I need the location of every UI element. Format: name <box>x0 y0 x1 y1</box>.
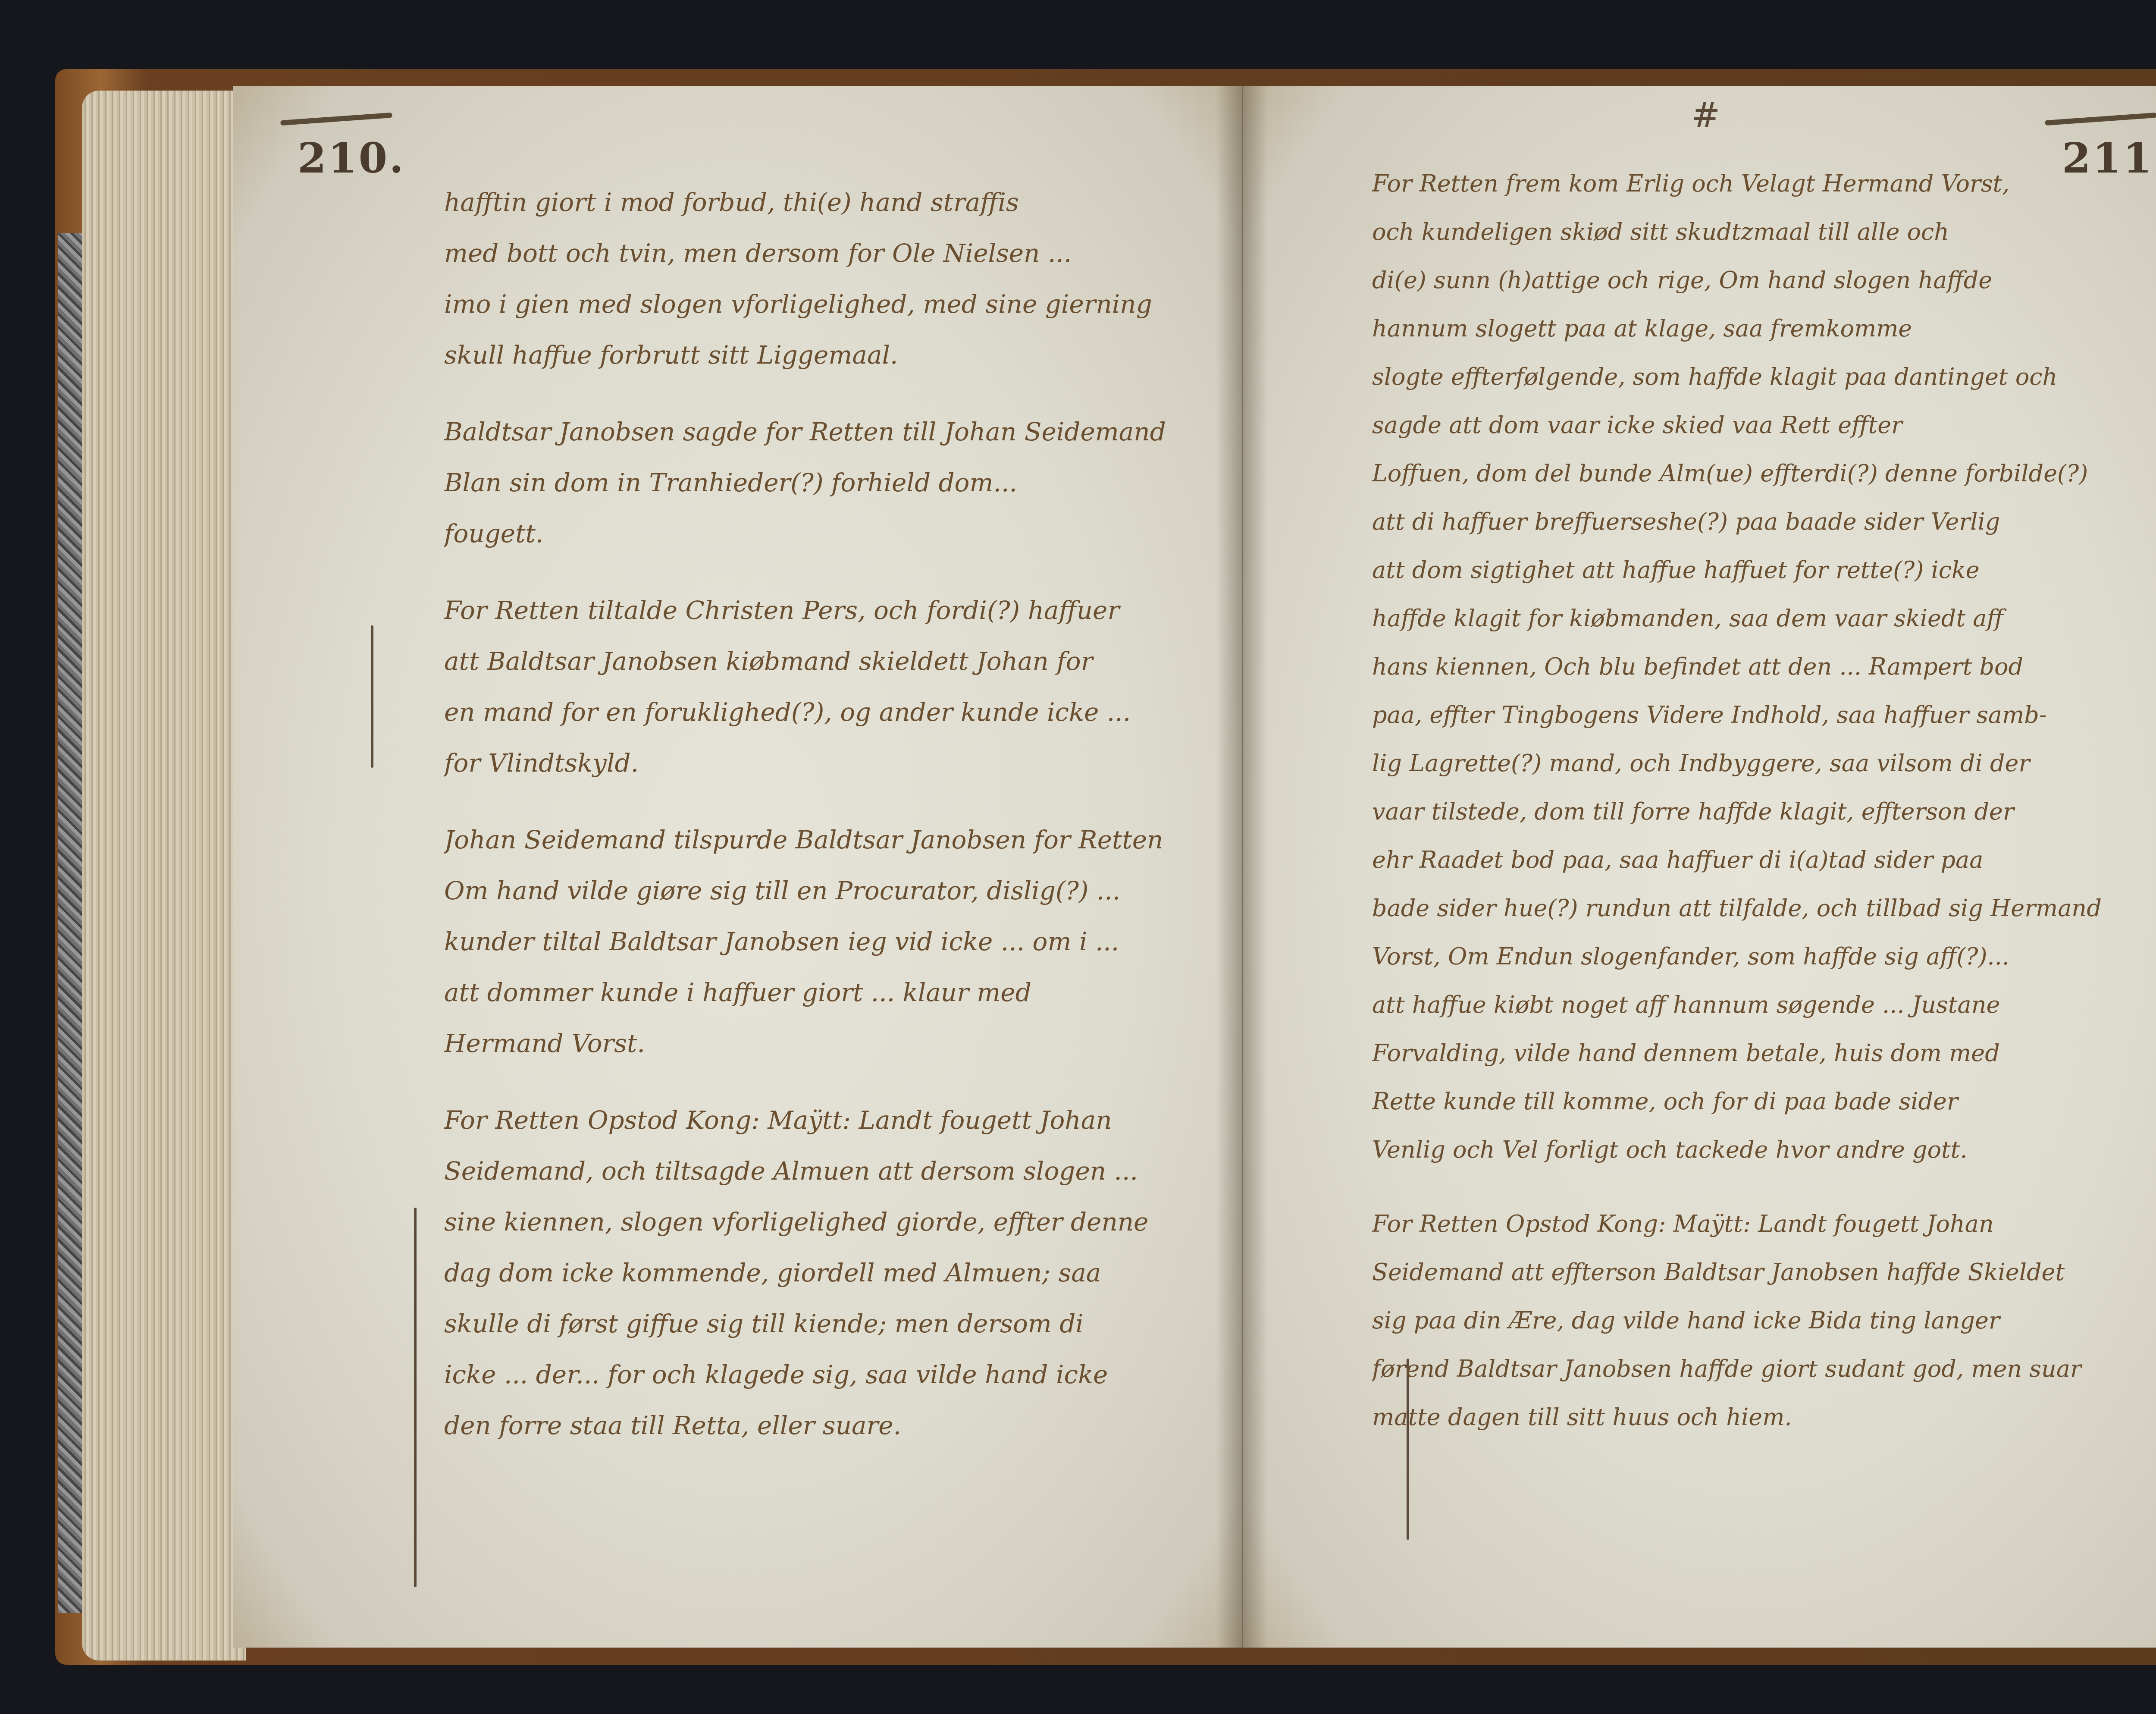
text-line: Hermand Vorst. <box>444 1018 1212 1069</box>
text-line: att haffue kiøbt noget aff hannum søgend… <box>1372 981 2156 1029</box>
text-line: hafftin giort i mod forbud, thi(e) hand … <box>444 177 1212 228</box>
margin-bracket <box>414 1208 417 1587</box>
entry: hafftin giort i mod forbud, thi(e) hand … <box>444 177 1212 380</box>
text-line: for Vlindtskyld. <box>444 738 1212 788</box>
text-line: lig Lagrette(?) mand, och Indbyggere, sa… <box>1372 739 2156 788</box>
text-line: fougett. <box>444 508 1212 559</box>
entry: Johan Seidemand tilspurde Baldtsar Janob… <box>444 814 1212 1069</box>
text-line: den forre staa till Retta, eller suare. <box>444 1400 1212 1451</box>
text-line: skull haffue forbrutt sitt Liggemaal. <box>444 330 1212 380</box>
text-line: For Retten tiltalde Christen Pers, och f… <box>444 585 1212 636</box>
text-line: sine kiennen, slogen vforligelighed gior… <box>444 1196 1212 1247</box>
page-edges-left <box>82 91 246 1661</box>
entry: For Retten Opstod Kong: Maÿtt: Landt fou… <box>1372 1200 2156 1441</box>
margin-bracket <box>371 625 373 768</box>
text-line: Venlig och Vel forligt och tackede hvor … <box>1372 1126 2156 1174</box>
text-line: att di haffuer breffuerseshe(?) paa baad… <box>1372 498 2156 546</box>
text-line: och kundeligen skiød sitt skudtzmaal til… <box>1372 208 2156 256</box>
header-mark: # <box>1691 95 1720 135</box>
text-line: sig paa din Ære, dag vilde hand icke Bid… <box>1372 1296 2156 1345</box>
text-line: att Baldtsar Janobsen kiøbmand skieldett… <box>444 636 1212 687</box>
left-page: 210. hafftin giort i mod forbud, thi(e) … <box>233 86 1243 1648</box>
text-line: Seidemand att effterson Baldtsar Janobse… <box>1372 1248 2156 1296</box>
text-line: slogte effterfølgende, som haffde klagit… <box>1372 353 2156 401</box>
text-line: att dom sigtighet att haffue haffuet for… <box>1372 546 2156 594</box>
text-line: di(e) sunn (h)attige och rige, Om hand s… <box>1372 256 2156 305</box>
right-page: # 211. For Retten frem kom Erlig och Vel… <box>1242 86 2156 1648</box>
text-line: Rette kunde till komme, och for di paa b… <box>1372 1077 2156 1126</box>
text-line: hannum slogett paa at klage, saa fremkom… <box>1372 305 2156 353</box>
text-line: Forvalding, vilde hand dennem betale, hu… <box>1372 1029 2156 1077</box>
text-line: matte dagen till sitt huus och hiem. <box>1372 1393 2156 1441</box>
text-line: att dommer kunde i haffuer giort ... kla… <box>444 967 1212 1018</box>
text-line: For Retten frem kom Erlig och Velagt Her… <box>1372 160 2156 208</box>
text-line: bade sider hue(?) rundun att tilfalde, o… <box>1372 884 2156 932</box>
entry: For Retten frem kom Erlig och Velagt Her… <box>1372 160 2156 1174</box>
text-line: sagde att dom vaar icke skied vaa Rett e… <box>1372 401 2156 449</box>
text-line: Johan Seidemand tilspurde Baldtsar Janob… <box>444 814 1212 865</box>
text-line: førend Baldtsar Janobsen haffde giort su… <box>1372 1345 2156 1393</box>
text-line: Om hand vilde giøre sig till en Procurat… <box>444 865 1212 916</box>
left-page-text: hafftin giort i mod forbud, thi(e) hand … <box>444 177 1212 1477</box>
text-line: Baldtsar Janobsen sagde for Retten till … <box>444 406 1212 457</box>
text-line: hans kiennen, Och blu befindet att den .… <box>1372 643 2156 691</box>
entry: For Retten tiltalde Christen Pers, och f… <box>444 585 1212 788</box>
text-line: paa, effter Tingbogens Videre Indhold, s… <box>1372 691 2156 739</box>
text-line: Vorst, Om Endun slogenfander, som haffde… <box>1372 932 2156 981</box>
text-line: skulle di først giffue sig till kiende; … <box>444 1298 1212 1349</box>
marbled-board-left <box>58 233 84 1613</box>
text-line: For Retten Opstod Kong: Maÿtt: Landt fou… <box>444 1095 1212 1146</box>
text-line: For Retten Opstod Kong: Maÿtt: Landt fou… <box>1372 1200 2156 1248</box>
entry: For Retten Opstod Kong: Maÿtt: Landt fou… <box>444 1095 1212 1451</box>
text-line: en mand for en foruklighed(?), og ander … <box>444 687 1212 738</box>
text-line: Loffuen, dom del bunde Alm(ue) effterdi(… <box>1372 449 2156 498</box>
text-line: vaar tilstede, dom till forre haffde kla… <box>1372 788 2156 836</box>
text-line: icke ... der... for och klagede sig, saa… <box>444 1349 1212 1400</box>
text-line: kunder tiltal Baldtsar Janobsen ieg vid … <box>444 916 1212 967</box>
right-page-text: For Retten frem kom Erlig och Velagt Her… <box>1372 160 2156 1467</box>
text-line: imo i gien med slogen vforligelighed, me… <box>444 279 1212 330</box>
text-line: med bott och tvin, men dersom for Ole Ni… <box>444 228 1212 279</box>
text-line: dag dom icke kommende, giordell med Almu… <box>444 1247 1212 1298</box>
page-number: 210. <box>298 134 405 182</box>
text-line: Blan sin dom in Tranhieder(?) forhield d… <box>444 457 1212 508</box>
book-gutter <box>1216 86 1268 1648</box>
text-line: haffde klagit for kiøbmanden, saa dem va… <box>1372 594 2156 643</box>
entry: Baldtsar Janobsen sagde for Retten till … <box>444 406 1212 559</box>
text-line: ehr Raadet bod paa, saa haffuer di i(a)t… <box>1372 836 2156 884</box>
text-line: Seidemand, och tiltsagde Almuen att ders… <box>444 1146 1212 1196</box>
